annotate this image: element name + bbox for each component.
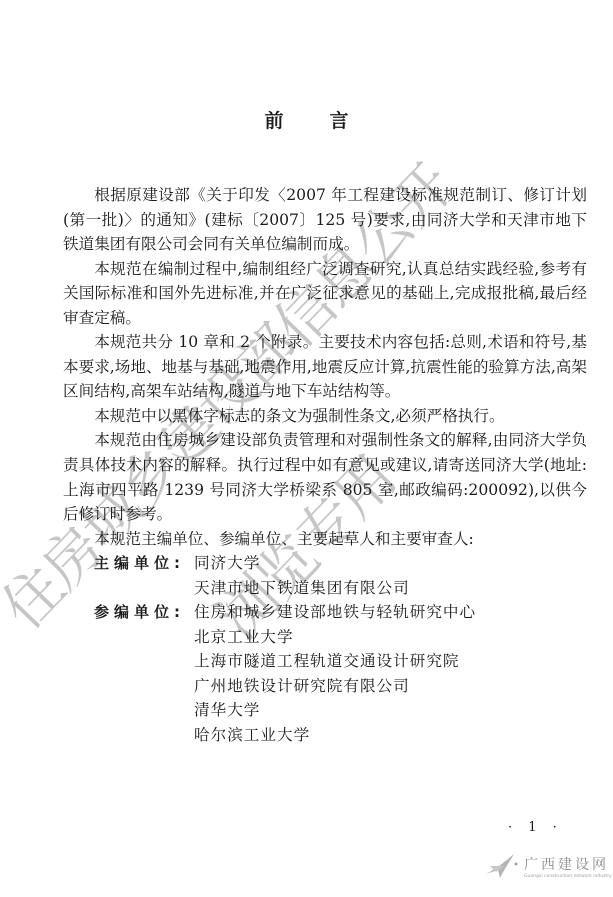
chief-units-list: 主编单位: 同济大学 主编单位: 天津市地下铁道集团有限公司 — [63, 551, 587, 600]
participating-unit: 上海市隧道工程轨道交通设计研究院 — [194, 649, 460, 674]
participating-unit: 北京工业大学 — [194, 625, 294, 650]
logo-subtitle: Guangxi construction network industry Ed… — [524, 874, 613, 879]
page-number: · 1 · — [508, 820, 563, 835]
participating-units-list: 参编单位: 住房和城乡建设部地铁与轻轨研究中心 参编单位: 北京工业大学 参编单… — [63, 600, 587, 747]
document-page: 住房城乡建设部信息公开 浏览专用 前言 根据原建设部《关于印发〈2007 年工程… — [0, 0, 613, 897]
chief-units-label: 主编单位: — [63, 551, 194, 576]
participating-unit: 清华大学 — [194, 698, 260, 723]
participating-unit-row: 参编单位: 广州地铁设计研究院有限公司 — [63, 674, 587, 699]
logo-name: 广西建设网 — [524, 854, 609, 874]
page-title-char-1: 前 — [264, 106, 283, 133]
participating-unit-row: 参编单位: 住房和城乡建设部地铁与轻轨研究中心 — [63, 600, 587, 625]
site-logo: 广西建设网 Guangxi construction network indus… — [484, 852, 609, 888]
participating-unit: 哈尔滨工业大学 — [194, 723, 310, 748]
participating-unit-row: 参编单位: 上海市隧道工程轨道交通设计研究院 — [63, 649, 587, 674]
preface-body: 根据原建设部《关于印发〈2007 年工程建设标准规范制订、修订计划(第一批)〉的… — [63, 183, 587, 748]
paragraph-origin: 根据原建设部《关于印发〈2007 年工程建设标准规范制订、修订计划(第一批)〉的… — [63, 183, 587, 257]
participating-unit-row: 参编单位: 清华大学 — [63, 698, 587, 723]
chief-unit: 同济大学 — [194, 551, 260, 576]
paragraph-contents: 本规范共分 10 章和 2 个附录。主要技术内容包括:总则,术语和符号,基本要求… — [63, 330, 587, 404]
participating-unit-row: 参编单位: 北京工业大学 — [63, 625, 587, 650]
chief-unit: 天津市地下铁道集团有限公司 — [194, 576, 410, 601]
paragraph-process: 本规范在编制过程中,编制组经广泛调查研究,认真总结实践经验,参考有关国际标准和国… — [63, 257, 587, 331]
paragraph-mandatory: 本规范中以黑体字标志的条文为强制性条文,必须严格执行。 — [63, 404, 587, 429]
chief-unit-row: 主编单位: 天津市地下铁道集团有限公司 — [63, 576, 587, 601]
paragraph-management: 本规范由住房城乡建设部负责管理和对强制性条文的解释,由同济大学负责具体技术内容的… — [63, 428, 587, 526]
participating-unit-row: 参编单位: 哈尔滨工业大学 — [63, 723, 587, 748]
page-title-char-2: 言 — [330, 106, 349, 133]
participating-unit: 住房和城乡建设部地铁与轻轨研究中心 — [194, 600, 476, 625]
participating-unit: 广州地铁设计研究院有限公司 — [194, 674, 410, 699]
star-swoosh-icon — [484, 852, 518, 882]
paragraph-units-intro: 本规范主编单位、参编单位、主要起草人和主要审查人: — [63, 527, 587, 552]
page-title: 前言 — [0, 106, 613, 133]
chief-unit-row: 主编单位: 同济大学 — [63, 551, 587, 576]
participating-units-label: 参编单位: — [63, 600, 194, 625]
